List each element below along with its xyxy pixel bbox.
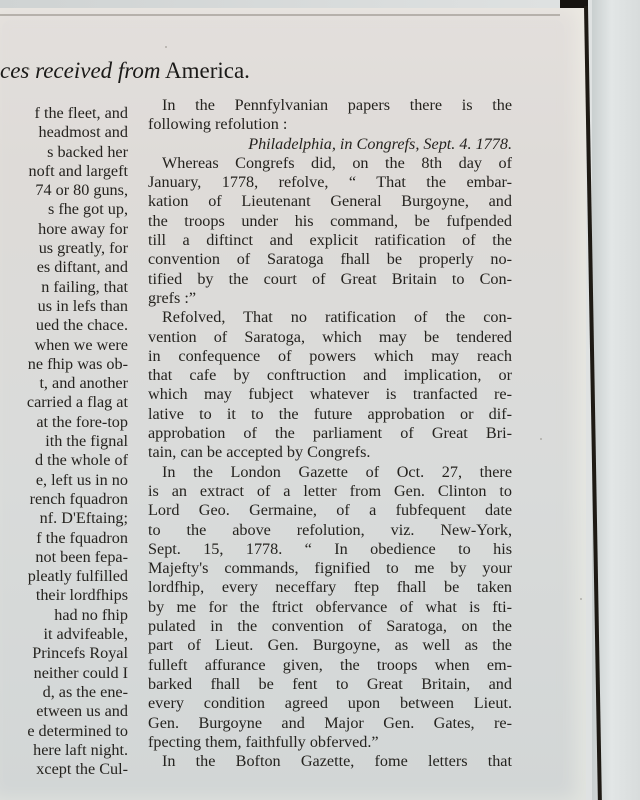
- text-line: which may fubject whatever is tranfacted…: [148, 385, 512, 404]
- text-line: d, as the ene-: [0, 683, 128, 702]
- text-line: Sept. 15, 1778. “ In obedience to his: [148, 540, 512, 559]
- text-line: Gen. Burgoyne and Major Gen. Gates, re-: [148, 714, 512, 733]
- text-line: e, left us in no: [0, 471, 128, 490]
- text-line: grefs :”: [148, 289, 512, 308]
- text-line: January, 1778, refolve, “ That the embar…: [148, 173, 512, 192]
- text-line: fpecting them, faithfully obferved.”: [148, 733, 512, 752]
- text-line: here laft night.: [0, 741, 128, 760]
- text-line: f the fleet, and: [0, 104, 128, 123]
- text-line: that cafe by conftruction and implicatio…: [148, 366, 512, 385]
- text-line: In the Pennfylvanian papers there is the: [148, 96, 512, 115]
- text-line: us in lefs than: [0, 297, 128, 316]
- newspaper-page: ces received from America. f the fleet, …: [0, 8, 586, 800]
- text-line: s backed her: [0, 143, 128, 162]
- text-line: Philadelphia, in Congrefs, Sept. 4. 1778…: [148, 135, 512, 154]
- text-line: etween us and: [0, 702, 128, 721]
- text-line: pleatly fulfilled: [0, 567, 128, 586]
- text-line: noft and largeft: [0, 162, 128, 181]
- text-line: Majefty's commands, fignified to me by y…: [148, 559, 512, 578]
- text-line: tified by the court of Great Britain to …: [148, 270, 512, 289]
- text-line: to the above refolution, viz. New-York,: [148, 521, 512, 540]
- text-line: their lordfhips: [0, 586, 128, 605]
- text-line: nf. D'Eftaing;: [0, 509, 128, 528]
- text-line: 74 or 80 guns,: [0, 181, 128, 200]
- text-line: lordfhip, every neceffary ftep fhall be …: [148, 578, 512, 597]
- text-line: part of Lieut. Gen. Burgoyne, as well as…: [148, 636, 512, 655]
- text-line: Princefs Royal: [0, 644, 128, 663]
- text-line: e determined to: [0, 722, 128, 741]
- text-line: us greatly, for: [0, 239, 128, 258]
- text-line: kation of Lieutenant General Burgoyne, a…: [148, 192, 512, 211]
- text-line: neither could I: [0, 664, 128, 683]
- paper-speck: [165, 46, 167, 48]
- right-column: In the Pennfylvanian papers there is the…: [148, 96, 512, 771]
- text-line: the troops under his command, be fufpend…: [148, 212, 512, 231]
- text-line: vention of Saratoga, which may be tender…: [148, 328, 512, 347]
- text-line: headmost and: [0, 123, 128, 142]
- text-line: In the London Gazette of Oct. 27, there: [148, 463, 512, 482]
- text-line: tain, can be accepted by Congrefs.: [148, 443, 512, 462]
- text-line: barked fhall be fent to Great Britain, a…: [148, 675, 512, 694]
- paper-speck: [28, 68, 30, 70]
- heading-roman: America.: [165, 58, 250, 83]
- text-line: in confequence of powers which may reach: [148, 347, 512, 366]
- text-line: had no fhip: [0, 606, 128, 625]
- text-line: at the fore-top: [0, 413, 128, 432]
- text-line: lative to it to the future approbation o…: [148, 405, 512, 424]
- text-line: t, and another: [0, 374, 128, 393]
- text-line: Whereas Congrefs did, on the 8th day of: [148, 154, 512, 173]
- text-line: rench fquadron: [0, 490, 128, 509]
- text-line: fulleft affurance given, the troops when…: [148, 656, 512, 675]
- text-line: Refolved, That no ratification of the co…: [148, 308, 512, 327]
- page-top-rule: [0, 14, 560, 16]
- text-line: convention of Saratoga fhall be properly…: [148, 250, 512, 269]
- text-line: n failing, that: [0, 278, 128, 297]
- paper-speck: [580, 598, 582, 600]
- text-line: every condition agreed upon between Lieu…: [148, 694, 512, 713]
- text-line: Lord Geo. Germaine, of a fubfequent date: [148, 501, 512, 520]
- text-line: it advifeable,: [0, 625, 128, 644]
- paper-speck: [540, 438, 542, 440]
- text-line: hore away for: [0, 220, 128, 239]
- text-line: ued the chace.: [0, 316, 128, 335]
- text-line: carried a flag at: [0, 393, 128, 412]
- text-line: not been fepa-: [0, 548, 128, 567]
- text-line: f the fquadron: [0, 529, 128, 548]
- text-line: d the whole of: [0, 451, 128, 470]
- text-line: by me for the ftrict obfervance of what …: [148, 598, 512, 617]
- text-line: when we were: [0, 336, 128, 355]
- text-line: es diftant, and: [0, 258, 128, 277]
- text-line: pulated in the convention of Saratoga, o…: [148, 617, 512, 636]
- text-line: ith the fignal: [0, 432, 128, 451]
- text-line: ne fhip was ob-: [0, 355, 128, 374]
- text-line: In the Bofton Gazette, fome letters that: [148, 752, 512, 771]
- text-line: is an extract of a letter from Gen. Clin…: [148, 482, 512, 501]
- text-line: approbation of the parliament of Great B…: [148, 424, 512, 443]
- section-heading: ces received from America.: [0, 58, 520, 92]
- text-line: xcept the Cul-: [0, 760, 128, 779]
- left-column: f the fleet, andheadmost ands backed her…: [0, 104, 128, 779]
- text-line: till a diftinct and explicit ratificatio…: [148, 231, 512, 250]
- heading-italic: ces received from: [0, 58, 161, 83]
- text-line: s fhe got up,: [0, 200, 128, 219]
- text-line: following refolution :: [148, 115, 512, 134]
